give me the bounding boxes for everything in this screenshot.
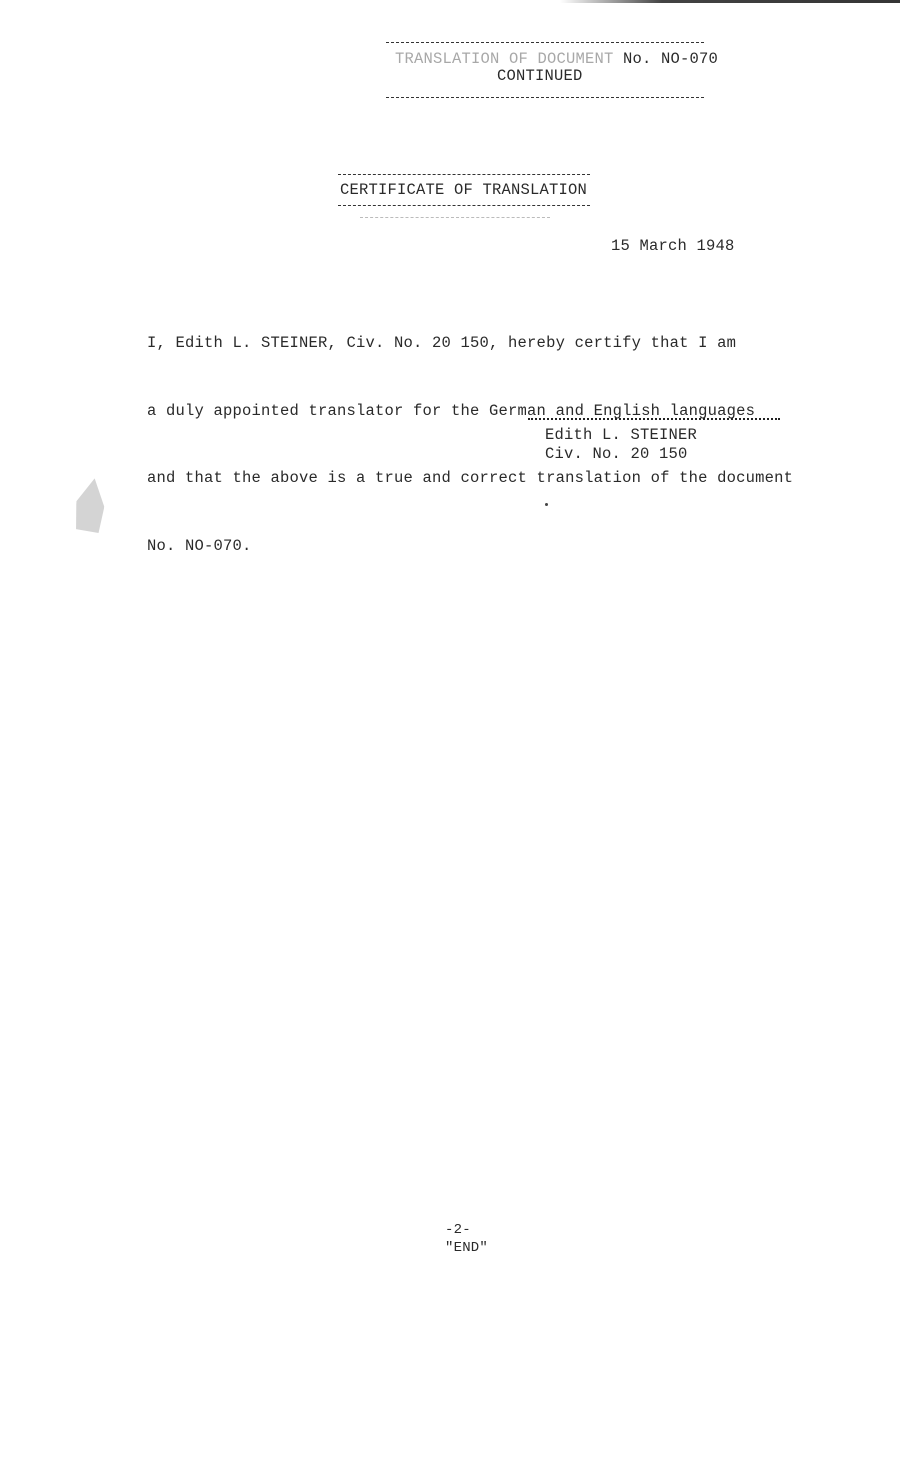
header-doc-number: No. NO-070 — [614, 50, 719, 68]
signatory-civ-number: Civ. No. 20 150 — [545, 445, 688, 463]
certificate-date: 15 March 1948 — [611, 237, 735, 255]
header-rule-top — [386, 42, 704, 43]
cert-title-rule-top — [338, 174, 590, 175]
header-subtitle: CONTINUED — [497, 67, 583, 85]
page-number: -2- — [445, 1222, 471, 1238]
document-page: TRANSLATION OF DOCUMENT No. NO-070 CONTI… — [0, 0, 900, 1470]
ink-speck — [545, 503, 548, 506]
body-line: No. NO-070. — [147, 535, 793, 558]
end-mark: "END" — [445, 1240, 488, 1256]
body-line: and that the above is a true and correct… — [147, 467, 793, 490]
cert-title-rule-bottom — [338, 205, 590, 206]
signature-line — [528, 418, 780, 420]
scan-edge-mark — [560, 0, 900, 3]
certificate-title: CERTIFICATE OF TRANSLATION — [340, 181, 587, 199]
header-title: TRANSLATION OF DOCUMENT No. NO-070 — [395, 50, 718, 68]
header-rule-bottom — [386, 97, 704, 98]
scan-smudge — [72, 476, 108, 539]
header-title-faded: TRANSLATION OF DOCUMENT — [395, 50, 614, 68]
certificate-body: I, Edith L. STEINER, Civ. No. 20 150, he… — [147, 287, 793, 602]
cert-title-rule-faint — [360, 217, 550, 218]
body-line: I, Edith L. STEINER, Civ. No. 20 150, he… — [147, 332, 793, 355]
signatory-name: Edith L. STEINER — [545, 426, 697, 444]
